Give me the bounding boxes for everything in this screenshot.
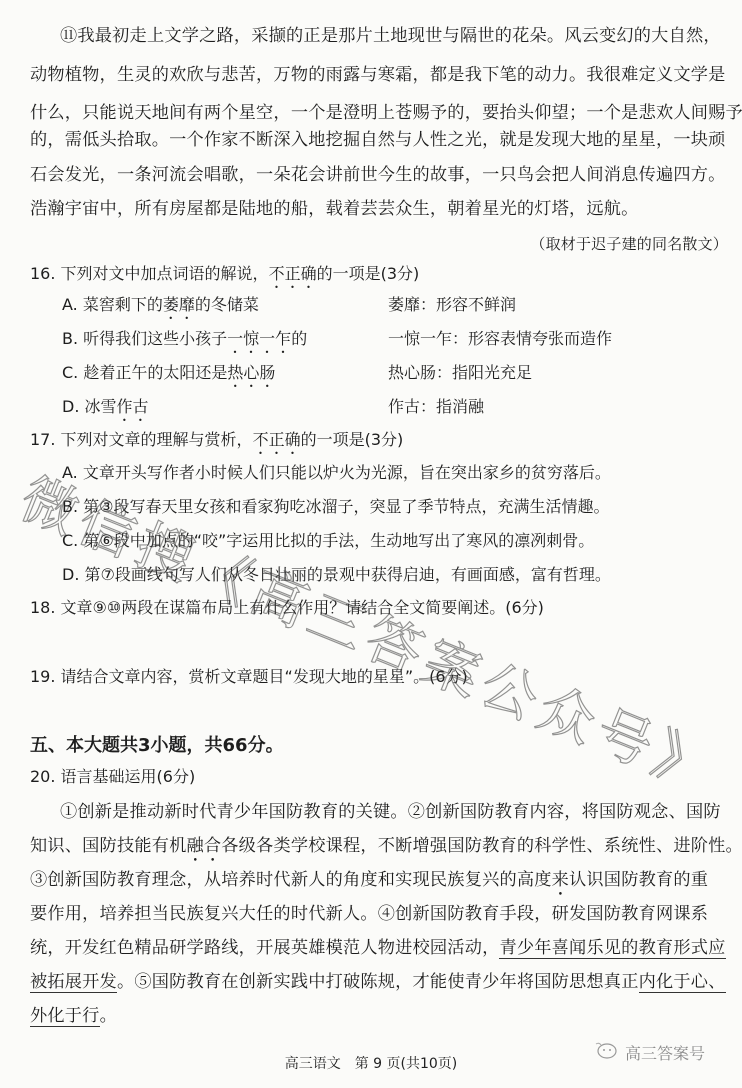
brand-badge: 高三答案号 <box>593 1040 705 1064</box>
q16-option-a: A. 菜窖剩下的萎靡的冬储菜 <box>62 293 259 323</box>
question-17-stem: 17. 下列对文章的理解与赏析，不正确的一项是(3分) <box>30 428 730 458</box>
question-19: 19. 请结合文章内容，赏析文章题目“发现大地的星星”。(6分) <box>30 665 730 689</box>
question-18: 18. 文章⑨⑩两段在谋篇布局上有什么作用？请结合全文简要阐述。(6分) <box>30 596 730 620</box>
question-16-stem: 16. 下列对文中加点词语的解说，不正确的一项是(3分) <box>30 262 730 292</box>
q16-option-c-explain: 热心肠：指阳光充足 <box>388 361 532 385</box>
q17-option-a: A. 文章开头写作者小时候人们只能以炉火为光源，旨在突出家乡的贫穷落后。 <box>62 461 611 485</box>
q20-line: 外化于行。 <box>30 1004 730 1028</box>
underlined-sentence: 青少年喜闻乐见的教育形式应 <box>499 938 725 959</box>
passage-line: 浩瀚宇宙中，所有房屋都是陆地的船，载着芸芸众生，朝着星光的灯塔，远航。 <box>30 197 730 221</box>
q17-option-d: D. 第⑦段画线句写人们从冬日壮丽的景观中获得启迪，有画面感，富有哲理。 <box>62 563 611 587</box>
q16-option-c: C. 趁着正午的太阳还是热心肠 <box>62 361 275 391</box>
q17-option-b: B. 第③段写春天里女孩和看家狗吃冰溜子，突显了季节特点，充满生活情趣。 <box>62 495 610 519</box>
brand-name: 高三答案号 <box>625 1041 705 1064</box>
emphasized-text: 不正确 <box>253 430 301 449</box>
underlined-sentence: 被拓展开发 <box>30 972 117 993</box>
q20-line: 要作用，培养担当民族复兴大任的时代新人。④创新国防教育手段，研发国防教育网课系 <box>30 902 730 926</box>
question-20-title: 20. 语言基础运用(6分) <box>30 765 730 789</box>
underlined-phrase: 内化于心、 <box>639 972 726 993</box>
emphasized-text: 不正确 <box>269 264 317 283</box>
q17-option-c: C. 第⑥段中加点的“咬”字运用比拟的手法，生动地写出了寒风的凛冽刺骨。 <box>62 529 594 553</box>
passage-source: （取材于迟子建的同名散文） <box>530 232 728 256</box>
wechat-icon <box>593 1040 619 1064</box>
q16-option-a-explain: 萎靡：形容不鲜润 <box>388 293 516 317</box>
q16-option-d: D. 冰雪作古 <box>62 395 149 425</box>
q20-line: 统，开发红色精品研学路线，开展英雄模范人物进校园活动，青少年喜闻乐见的教育形式应 <box>30 936 730 960</box>
underlined-phrase: 外化于行 <box>30 1006 100 1027</box>
passage-line: 石会发光，一条河流会唱歌，一朵花会讲前世今生的故事，一只鸟会把人间消息传遍四方。 <box>30 163 730 187</box>
passage-line: ⑪我最初走上文学之路，采撷的正是那片土地现世与隔世的花朵。风云变幻的大自然， <box>60 24 742 48</box>
passage-line: 的，需低头拾取。一个作家不断深入地挖掘自然与人性之光，就是发现大地的星星，一块顽 <box>30 128 730 152</box>
q16-option-d-explain: 作古：指消融 <box>388 395 484 419</box>
q16-option-b-explain: 一惊一乍：形容表情夸张而造作 <box>388 327 612 351</box>
exam-page: ⑪我最初走上文学之路，采撷的正是那片土地现世与隔世的花朵。风云变幻的大自然， 动… <box>0 0 742 1088</box>
q16-option-b: B. 听得我们这些小孩子一惊一乍的 <box>62 327 307 357</box>
q20-line: 被拓展开发。⑤国防教育在创新实践中打破陈规，才能使青少年将国防思想真正内化于心、 <box>30 970 730 994</box>
q20-line: ①创新是推动新时代青少年国防教育的关键。②创新国防教育内容，将国防观念、国防 <box>60 800 742 824</box>
q20-line: ③创新国防教育理念，从培养时代新人的角度和实现民族复兴的高度来认识国防教育的重 <box>30 868 730 900</box>
section-heading: 五、本大题共3小题，共66分。 <box>30 733 284 759</box>
passage-line: 动物植物，生灵的欢欣与悲苦，万物的雨露与寒霜，都是我下笔的动力。我很难定义文学是 <box>30 63 730 87</box>
q20-line: 知识、国防技能有机融合各级各类学校课程，不断增强国防教育的科学性、系统性、进阶性… <box>30 834 730 866</box>
passage-line: 什么，只能说天地间有两个星空，一个是澄明上苍赐予的，要抬头仰望；一个是悲欢人间赐… <box>30 101 730 125</box>
